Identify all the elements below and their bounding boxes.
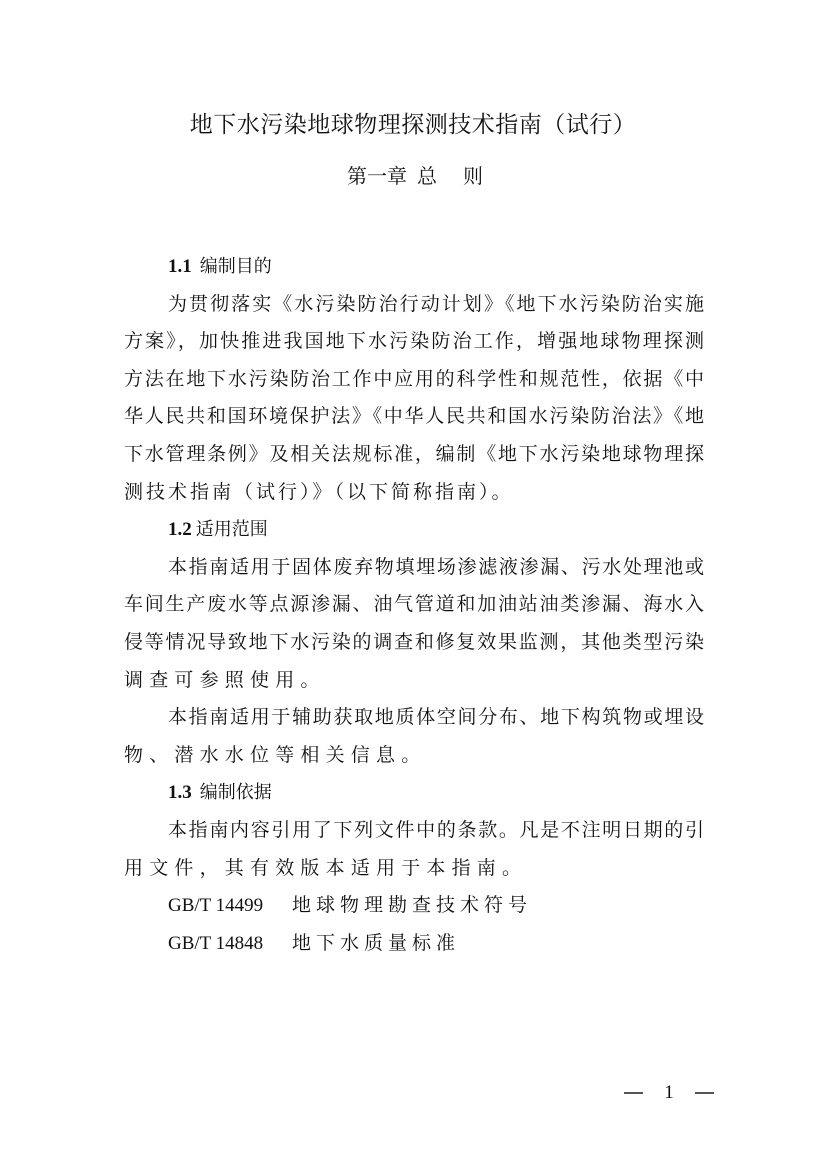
paragraph-line: 调查可参照使用。 [124,662,704,700]
reference-item: GB/T 14848地下水质量标准 [124,925,704,963]
chapter-title: 第一章总则 [0,160,826,192]
paragraph-line: 华人民共和国环境保护法》《中华人民共和国水污染防治法》《地 [124,398,704,436]
reference-title: 地下水质量标准 [292,932,460,954]
reference-title: 地球物理勘查技术符号 [292,894,532,916]
chapter-number: 第一章 [347,164,407,188]
document-title: 地下水污染地球物理探测技术指南（试行） [0,108,826,142]
section-number: 1.3 [168,782,192,803]
section-heading-text: 适用范围 [196,519,268,540]
paragraph-line: 本指南内容引用了下列文件中的条款。凡是不注明日期的引 [124,812,704,850]
paragraph-line: 测技术指南（试行）》（以下简称指南）。 [124,474,704,512]
page-number: 1 [664,1082,674,1104]
paragraph: 本指南适用于辅助获取地质体空间分布、地下构筑物或埋设 物、潜水水位等相关信息。 [124,699,704,774]
paragraph-line: 用文件，其有效版本适用于本指南。 [124,850,704,888]
section-heading-text: 编制依据 [200,782,272,803]
document-page: 地下水污染地球物理探测技术指南（试行） 第一章总则 1.1编制目的 为贯彻落实《… [0,0,826,1169]
section-heading-text: 编制目的 [200,256,272,277]
paragraph-line: 本指南适用于固体废弃物填埋场渗滤液渗漏、污水处理池或 [124,549,704,587]
paragraph: 本指南内容引用了下列文件中的条款。凡是不注明日期的引 用文件，其有效版本适用于本… [124,812,704,887]
reference-code: GB/T 14848 [168,925,292,963]
paragraph-line: 下水管理条例》及相关法规标准，编制《地下水污染地球物理探 [124,436,704,474]
dash-left-icon [624,1092,643,1093]
paragraph-line: 侵等情况导致地下水污染的调查和修复效果监测，其他类型污染 [124,624,704,662]
chapter-name-part2: 则 [463,164,483,188]
dash-right-icon [695,1092,714,1093]
document-body: 1.1编制目的 为贯彻落实《水污染防治行动计划》《地下水污染防治实施 方案》，加… [124,248,704,962]
paragraph: 本指南适用于固体废弃物填埋场渗滤液渗漏、污水处理池或 车间生产废水等点源渗漏、油… [124,549,704,699]
reference-code: GB/T 14499 [168,887,292,925]
section-heading-1-1: 1.1编制目的 [124,248,704,286]
section-number: 1.1 [168,256,192,277]
paragraph-line: 物、潜水水位等相关信息。 [124,737,704,775]
paragraph-line: 本指南适用于辅助获取地质体空间分布、地下构筑物或埋设 [124,699,704,737]
paragraph-line: 为贯彻落实《水污染防治行动计划》《地下水污染防治实施 [124,286,704,324]
section-number: 1.2 [168,519,192,540]
paragraph-line: 方案》，加快推进我国地下水污染防治工作，增强地球物理探测 [124,323,704,361]
paragraph-line: 方法在地下水污染防治工作中应用的科学性和规范性，依据《中 [124,361,704,399]
paragraph: 为贯彻落实《水污染防治行动计划》《地下水污染防治实施 方案》，加快推进我国地下水… [124,286,704,512]
section-heading-1-3: 1.3编制依据 [124,774,704,812]
chapter-name-part1: 总 [417,164,437,188]
page-number-footer: 1 [624,1082,714,1104]
section-heading-1-2: 1.2适用范围 [124,511,704,549]
reference-item: GB/T 14499地球物理勘查技术符号 [124,887,704,925]
paragraph-line: 车间生产废水等点源渗漏、油气管道和加油站油类渗漏、海水入 [124,586,704,624]
